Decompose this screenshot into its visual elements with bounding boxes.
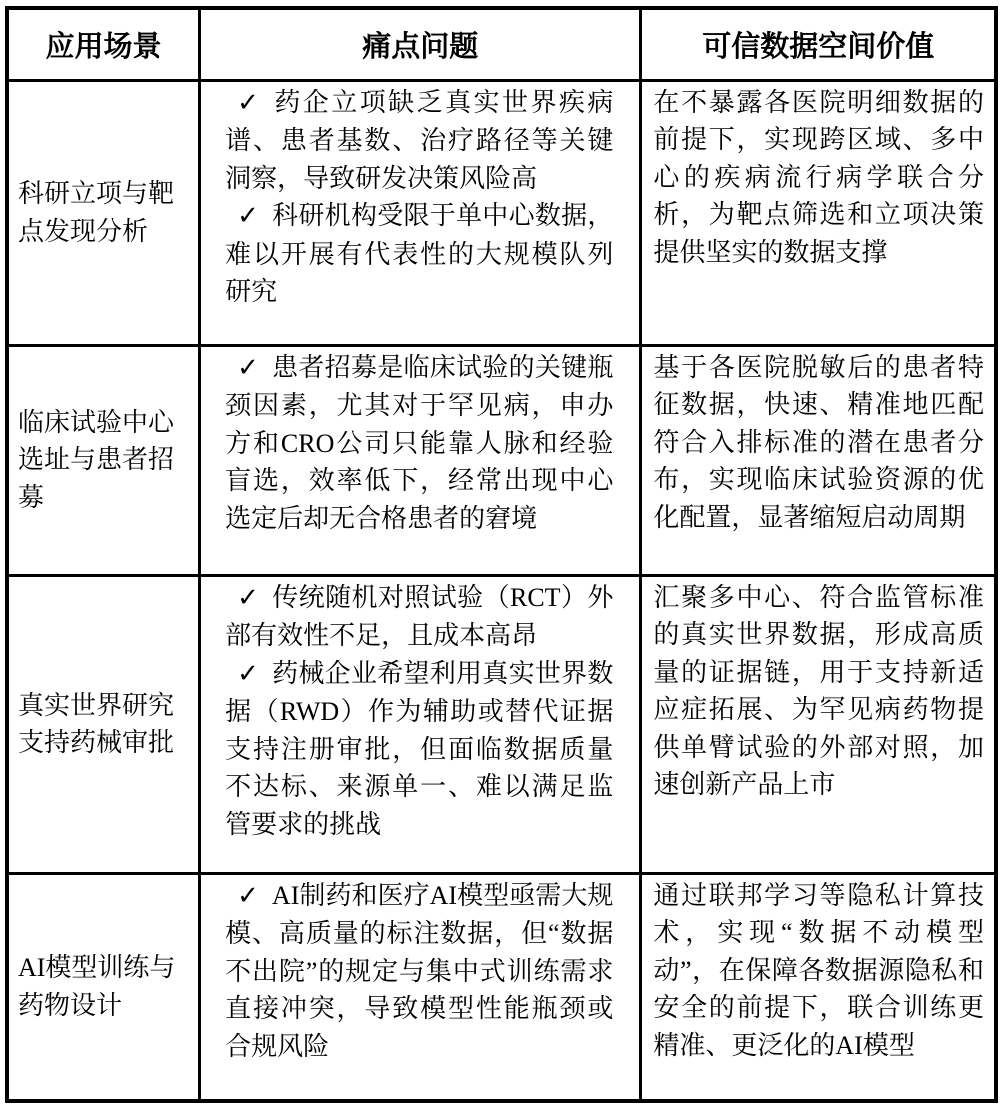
pain-point-item: ✓患者招募是临床试验的关键瓶颈因素，尤其对于罕见病，申办方和CRO公司只能靠人脉…	[225, 349, 613, 538]
pain-point-text: AI制药和医疗AI模型亟需大规模、高质量的标注数据，但“数据不出院”的规定与集中…	[225, 881, 613, 1061]
pain-points-cell: ✓传统随机对照试验（RCT）外部有效性不足，且成本高昂 ✓药械企业希望利用真实世…	[200, 575, 641, 873]
col-header-pain-points: 痛点问题	[200, 8, 641, 80]
pain-point-item: ✓AI制药和医疗AI模型亟需大规模、高质量的标注数据，但“数据不出院”的规定与集…	[225, 877, 613, 1066]
value-cell: 通过联邦学习等隐私计算技术，实现“数据不动模型动”，在保障各数据源隐私和安全的前…	[641, 873, 996, 1101]
pain-point-text: 患者招募是临床试验的关键瓶颈因素，尤其对于罕见病，申办方和CRO公司只能靠人脉和…	[225, 353, 613, 533]
pain-point-item: ✓科研机构受限于单中心数据，难以开展有代表性的大规模队列研究	[225, 197, 613, 311]
pain-point-text: 药企立项缺乏真实世界疾病谱、患者基数、治疗路径等关键洞察，导致研发决策风险高	[225, 88, 613, 193]
pain-point-text: 科研机构受限于单中心数据，难以开展有代表性的大规模队列研究	[225, 201, 613, 306]
value-text: 汇聚多中心、符合监管标准的真实世界数据，形成高质量的证据链，用于支持新适应症拓展…	[653, 579, 984, 804]
header-row: 应用场景 痛点问题 可信数据空间价值	[7, 8, 996, 80]
checkmark-icon: ✓	[237, 88, 274, 118]
value-cell: 在不暴露各医院明细数据的前提下，实现跨区域、多中心的疾病流行病学联合分析，为靶点…	[641, 80, 996, 345]
table-row-ai-model-training: AI模型训练与药物设计 ✓AI制药和医疗AI模型亟需大规模、高质量的标注数据，但…	[7, 873, 996, 1101]
scenario-cell: 科研立项与靶点发现分析	[7, 80, 200, 345]
pain-point-text: 传统随机对照试验（RCT）外部有效性不足，且成本高昂	[225, 583, 613, 651]
value-text: 基于各医院脱敏后的患者特征数据，快速、精准地匹配符合入排标准的潜在患者分布，实现…	[653, 349, 984, 537]
pain-point-item: ✓药械企业希望利用真实世界数据（RWD）作为辅助或替代证据支持注册审批，但面临数…	[225, 655, 613, 844]
checkmark-icon: ✓	[237, 583, 272, 613]
pain-point-item: ✓传统随机对照试验（RCT）外部有效性不足，且成本高昂	[225, 579, 613, 655]
pain-points-cell: ✓患者招募是临床试验的关键瓶颈因素，尤其对于罕见病，申办方和CRO公司只能靠人脉…	[200, 345, 641, 575]
col-header-scenario: 应用场景	[7, 8, 200, 80]
pain-point-text: 药械企业希望利用真实世界数据（RWD）作为辅助或替代证据支持注册审批，但面临数据…	[225, 659, 613, 839]
scenario-cell: AI模型训练与药物设计	[7, 873, 200, 1101]
checkmark-icon: ✓	[237, 201, 272, 231]
pain-points-cell: ✓AI制药和医疗AI模型亟需大规模、高质量的标注数据，但“数据不出院”的规定与集…	[200, 873, 641, 1101]
value-cell: 汇聚多中心、符合监管标准的真实世界数据，形成高质量的证据链，用于支持新适应症拓展…	[641, 575, 996, 873]
document-page: 应用场景 痛点问题 可信数据空间价值 科研立项与靶点发现分析 ✓药企立项缺乏真实…	[0, 0, 1003, 1110]
table-row-rwd-regulatory: 真实世界研究支持药械审批 ✓传统随机对照试验（RCT）外部有效性不足，且成本高昂…	[7, 575, 996, 873]
value-text: 在不暴露各医院明细数据的前提下，实现跨区域、多中心的疾病流行病学联合分析，为靶点…	[653, 84, 984, 272]
col-header-data-space-value: 可信数据空间价值	[641, 8, 996, 80]
pain-points-cell: ✓药企立项缺乏真实世界疾病谱、患者基数、治疗路径等关键洞察，导致研发决策风险高 …	[200, 80, 641, 345]
table-row-trial-site-selection: 临床试验中心选址与患者招募 ✓患者招募是临床试验的关键瓶颈因素，尤其对于罕见病，…	[7, 345, 996, 575]
pain-point-item: ✓药企立项缺乏真实世界疾病谱、患者基数、治疗路径等关键洞察，导致研发决策风险高	[225, 84, 613, 198]
value-text: 通过联邦学习等隐私计算技术，实现“数据不动模型动”，在保障各数据源隐私和安全的前…	[653, 877, 984, 1065]
checkmark-icon: ✓	[237, 881, 272, 911]
scenario-cell: 临床试验中心选址与患者招募	[7, 345, 200, 575]
use-case-table: 应用场景 痛点问题 可信数据空间价值 科研立项与靶点发现分析 ✓药企立项缺乏真实…	[5, 6, 998, 1103]
table-row-research-initiation: 科研立项与靶点发现分析 ✓药企立项缺乏真实世界疾病谱、患者基数、治疗路径等关键洞…	[7, 80, 996, 345]
checkmark-icon: ✓	[237, 353, 272, 383]
checkmark-icon: ✓	[237, 659, 272, 689]
scenario-cell: 真实世界研究支持药械审批	[7, 575, 200, 873]
value-cell: 基于各医院脱敏后的患者特征数据，快速、精准地匹配符合入排标准的潜在患者分布，实现…	[641, 345, 996, 575]
